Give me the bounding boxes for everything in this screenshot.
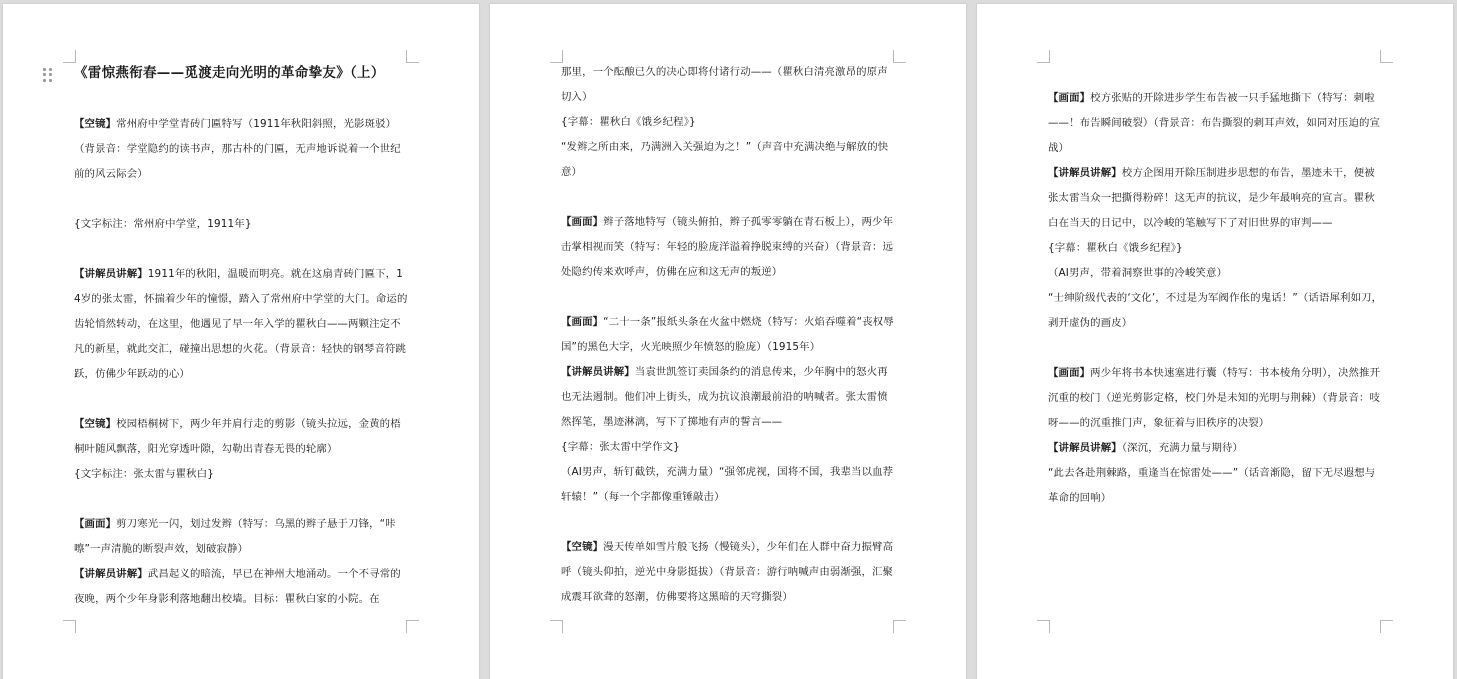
paragraph[interactable]: （AI男声，带着洞察世事的冷峻笑意） bbox=[1048, 261, 1383, 286]
paragraph-text: “士绅阶级代表的‘文化’，不过是为军阀作伥的鬼话！”（话语犀利如刀，剥开虚伪的画… bbox=[1048, 292, 1382, 329]
paragraph[interactable]: 【空镜】常州府中学堂青砖门匾特写（1911年秋阳斜照，光影斑驳）（背景音：学堂隐… bbox=[74, 112, 409, 187]
margin-corner-mark bbox=[1380, 50, 1393, 63]
scene-tag: 【画面】 bbox=[1048, 367, 1090, 379]
margin-corner-mark bbox=[406, 620, 419, 633]
scene-tag: 【讲解员讲解】 bbox=[561, 366, 635, 378]
scene-tag: 【画面】 bbox=[1048, 92, 1090, 104]
page-body: 【画面】校方张贴的开除进步学生布告被一只手猛地撕下（特写：刺啦——！布告瞬间破裂… bbox=[1048, 86, 1383, 511]
paragraph-text: {文字标注：常州府中学堂，1911年} bbox=[74, 218, 252, 230]
paragraph[interactable]: 【讲解员讲解】武昌起义的暗流，早已在神州大地涌动。一个不寻常的夜晚，两个少年身影… bbox=[74, 562, 409, 612]
paragraph-text: {字幕：瞿秋白《饿乡纪程》} bbox=[561, 116, 696, 128]
paragraph[interactable]: 【讲解员讲解】（深沉，充满力量与期待） bbox=[1048, 436, 1383, 461]
paragraph[interactable]: 【空镜】校园梧桐树下，两少年并肩行走的剪影（镜头拉远，金黄的梧桐叶随风飘落，阳光… bbox=[74, 412, 409, 462]
blank-line bbox=[74, 187, 409, 212]
paragraph[interactable]: （AI男声，斩钉截铁，充满力量）“强邻虎视，国将不国，我辈当以血荐轩辕！”（每一… bbox=[561, 460, 896, 510]
margin-corner-mark bbox=[406, 50, 419, 63]
blank-line bbox=[74, 387, 409, 412]
paragraph[interactable]: {文字标注：张太雷与瞿秋白} bbox=[74, 462, 409, 487]
paragraph-text: （AI男声，带着洞察世事的冷峻笑意） bbox=[1048, 267, 1227, 279]
scene-tag: 【讲解员讲解】 bbox=[1048, 442, 1122, 454]
paragraph[interactable]: 【画面】剪刀寒光一闪，划过发辫（特写：乌黑的辫子悬于刀锋，“咔嚓”一声清脆的断裂… bbox=[74, 512, 409, 562]
paragraph[interactable]: 【空镜】漫天传单如雪片般飞扬（慢镜头），少年们在人群中奋力振臂高呼（镜头仰拍，逆… bbox=[561, 535, 896, 610]
paragraph-text: 1911年的秋阳，温暖而明亮。就在这扇青砖门匾下，14岁的张太雷，怀揣着少年的憧… bbox=[74, 268, 408, 380]
paragraph[interactable]: {字幕：瞿秋白《饿乡纪程》} bbox=[561, 110, 896, 135]
paragraph-text: “二十一条”报纸头条在火盆中燃烧（特写：火焰吞噬着“丧权辱国”的黑色大字，火光映… bbox=[561, 316, 894, 353]
paragraph[interactable]: {文字标注：常州府中学堂，1911年} bbox=[74, 212, 409, 237]
blank-line bbox=[561, 510, 896, 535]
margin-corner-mark bbox=[63, 50, 76, 63]
paragraph[interactable]: 【讲解员讲解】当袁世凯签订卖国条约的消息传来，少年胸中的怒火再也无法遏制。他们冲… bbox=[561, 360, 896, 435]
paragraph-text: 那里，一个酝酿已久的决心即将付诸行动——（瞿秋白清亮激昂的原声切入） bbox=[561, 66, 888, 103]
paragraph[interactable]: 【讲解员讲解】1911年的秋阳，温暖而明亮。就在这扇青砖门匾下，14岁的张太雷，… bbox=[74, 262, 409, 387]
page-body: 那里，一个酝酿已久的决心即将付诸行动——（瞿秋白清亮激昂的原声切入）{字幕：瞿秋… bbox=[561, 60, 896, 610]
margin-corner-mark bbox=[1037, 50, 1050, 63]
paragraph[interactable]: 【画面】辫子落地特写（镜头俯拍，辫子孤零零躺在青石板上），两少年击掌相视而笑（特… bbox=[561, 210, 896, 285]
paragraph[interactable]: “士绅阶级代表的‘文化’，不过是为军阀作伥的鬼话！”（话语犀利如刀，剥开虚伪的画… bbox=[1048, 286, 1383, 336]
scene-tag: 【画面】 bbox=[74, 518, 116, 530]
paragraph-list: 【空镜】常州府中学堂青砖门匾特写（1911年秋阳斜照，光影斑驳）（背景音：学堂隐… bbox=[74, 112, 409, 612]
scene-tag: 【空镜】 bbox=[561, 541, 603, 553]
scene-tag: 【画面】 bbox=[561, 316, 603, 328]
paragraph-text: 辫子落地特写（镜头俯拍，辫子孤零零躺在青石板上），两少年击掌相视而笑（特写：年轻… bbox=[561, 216, 893, 278]
paragraph-text: “发辫之所由来，乃满洲入关强迫为之！”（声音中充满决绝与解放的快意） bbox=[561, 141, 888, 178]
scene-tag: 【空镜】 bbox=[74, 118, 116, 130]
margin-corner-mark bbox=[1380, 620, 1393, 633]
paragraph-text: 校园梧桐树下，两少年并肩行走的剪影（镜头拉远，金黄的梧桐叶随风飘落，阳光穿透叶隙… bbox=[74, 418, 401, 455]
document-page-2[interactable]: 那里，一个酝酿已久的决心即将付诸行动——（瞿秋白清亮激昂的原声切入）{字幕：瞿秋… bbox=[490, 4, 966, 679]
paragraph[interactable]: 【画面】两少年将书本快速塞进行囊（特写：书本棱角分明），决然推开沉重的校门（逆光… bbox=[1048, 361, 1383, 436]
page-body: 《雷惊燕衔春——觅渡走向光明的革命挚友》（上） 【空镜】常州府中学堂青砖门匾特写… bbox=[74, 63, 409, 612]
paragraph[interactable]: 【画面】“二十一条”报纸头条在火盆中燃烧（特写：火焰吞噬着“丧权辱国”的黑色大字… bbox=[561, 310, 896, 360]
document-title[interactable]: 《雷惊燕衔春——觅渡走向光明的革命挚友》（上） bbox=[74, 63, 409, 83]
paragraph-text: {文字标注：张太雷与瞿秋白} bbox=[74, 468, 214, 480]
paragraph-text: “此去各赴荆棘路，重逢当在惊雷处——”（话音渐隐，留下无尽遐想与革命的回响） bbox=[1048, 467, 1375, 504]
blank-line bbox=[74, 237, 409, 262]
paragraph[interactable]: 【画面】校方张贴的开除进步学生布告被一只手猛地撕下（特写：刺啦——！布告瞬间破裂… bbox=[1048, 86, 1383, 161]
margin-corner-mark bbox=[550, 620, 563, 633]
paragraph[interactable]: 【讲解员讲解】校方企图用开除压制进步思想的布告，墨迹未干，便被张太雷当众一把撕得… bbox=[1048, 161, 1383, 236]
paragraph-text: （AI男声，斩钉截铁，充满力量）“强邻虎视，国将不国，我辈当以血荐轩辕！”（每一… bbox=[561, 466, 893, 503]
scene-tag: 【空镜】 bbox=[74, 418, 116, 430]
paragraph-text: 漫天传单如雪片般飞扬（慢镜头），少年们在人群中奋力振臂高呼（镜头仰拍，逆光中身影… bbox=[561, 541, 893, 603]
paragraph-list: 那里，一个酝酿已久的决心即将付诸行动——（瞿秋白清亮激昂的原声切入）{字幕：瞿秋… bbox=[561, 60, 896, 610]
paragraph[interactable]: “发辫之所由来，乃满洲入关强迫为之！”（声音中充满决绝与解放的快意） bbox=[561, 135, 896, 185]
paragraph[interactable]: “此去各赴荆棘路，重逢当在惊雷处——”（话音渐隐，留下无尽遐想与革命的回响） bbox=[1048, 461, 1383, 511]
scene-tag: 【画面】 bbox=[561, 216, 603, 228]
blank-line bbox=[561, 285, 896, 310]
margin-corner-mark bbox=[63, 620, 76, 633]
blank-line bbox=[1048, 336, 1383, 361]
margin-corner-mark bbox=[893, 620, 906, 633]
drag-handle-icon[interactable] bbox=[43, 68, 53, 82]
paragraph[interactable]: {字幕：瞿秋白《饿乡纪程》} bbox=[1048, 236, 1383, 261]
blank-line bbox=[561, 185, 896, 210]
paragraph[interactable]: {字幕：张太雷中学作文} bbox=[561, 435, 896, 460]
document-page-1[interactable]: 《雷惊燕衔春——觅渡走向光明的革命挚友》（上） 【空镜】常州府中学堂青砖门匾特写… bbox=[3, 4, 479, 679]
paragraph-text: 校方张贴的开除进步学生布告被一只手猛地撕下（特写：刺啦——！布告瞬间破裂）（背景… bbox=[1048, 92, 1380, 154]
paragraph-list: 【画面】校方张贴的开除进步学生布告被一只手猛地撕下（特写：刺啦——！布告瞬间破裂… bbox=[1048, 86, 1383, 511]
document-page-3[interactable]: 【画面】校方张贴的开除进步学生布告被一只手猛地撕下（特写：刺啦——！布告瞬间破裂… bbox=[977, 4, 1453, 679]
paragraph-text: 剪刀寒光一闪，划过发辫（特写：乌黑的辫子悬于刀锋，“咔嚓”一声清脆的断裂声效，划… bbox=[74, 518, 396, 555]
paragraph-text: {字幕：瞿秋白《饿乡纪程》} bbox=[1048, 242, 1183, 254]
scene-tag: 【讲解员讲解】 bbox=[1048, 167, 1122, 179]
scene-tag: 【讲解员讲解】 bbox=[74, 568, 148, 580]
paragraph-text: （深沉，充满力量与期待） bbox=[1122, 442, 1243, 454]
paragraph-text: 常州府中学堂青砖门匾特写（1911年秋阳斜照，光影斑驳）（背景音：学堂隐约的读书… bbox=[74, 118, 401, 180]
paragraph-text: 两少年将书本快速塞进行囊（特写：书本棱角分明），决然推开沉重的校门（逆光剪影定格… bbox=[1048, 367, 1380, 429]
paragraph-text: {字幕：张太雷中学作文} bbox=[561, 441, 680, 453]
scene-tag: 【讲解员讲解】 bbox=[74, 268, 148, 280]
paragraph[interactable]: 那里，一个酝酿已久的决心即将付诸行动——（瞿秋白清亮激昂的原声切入） bbox=[561, 60, 896, 110]
margin-corner-mark bbox=[1037, 620, 1050, 633]
blank-line bbox=[74, 487, 409, 512]
